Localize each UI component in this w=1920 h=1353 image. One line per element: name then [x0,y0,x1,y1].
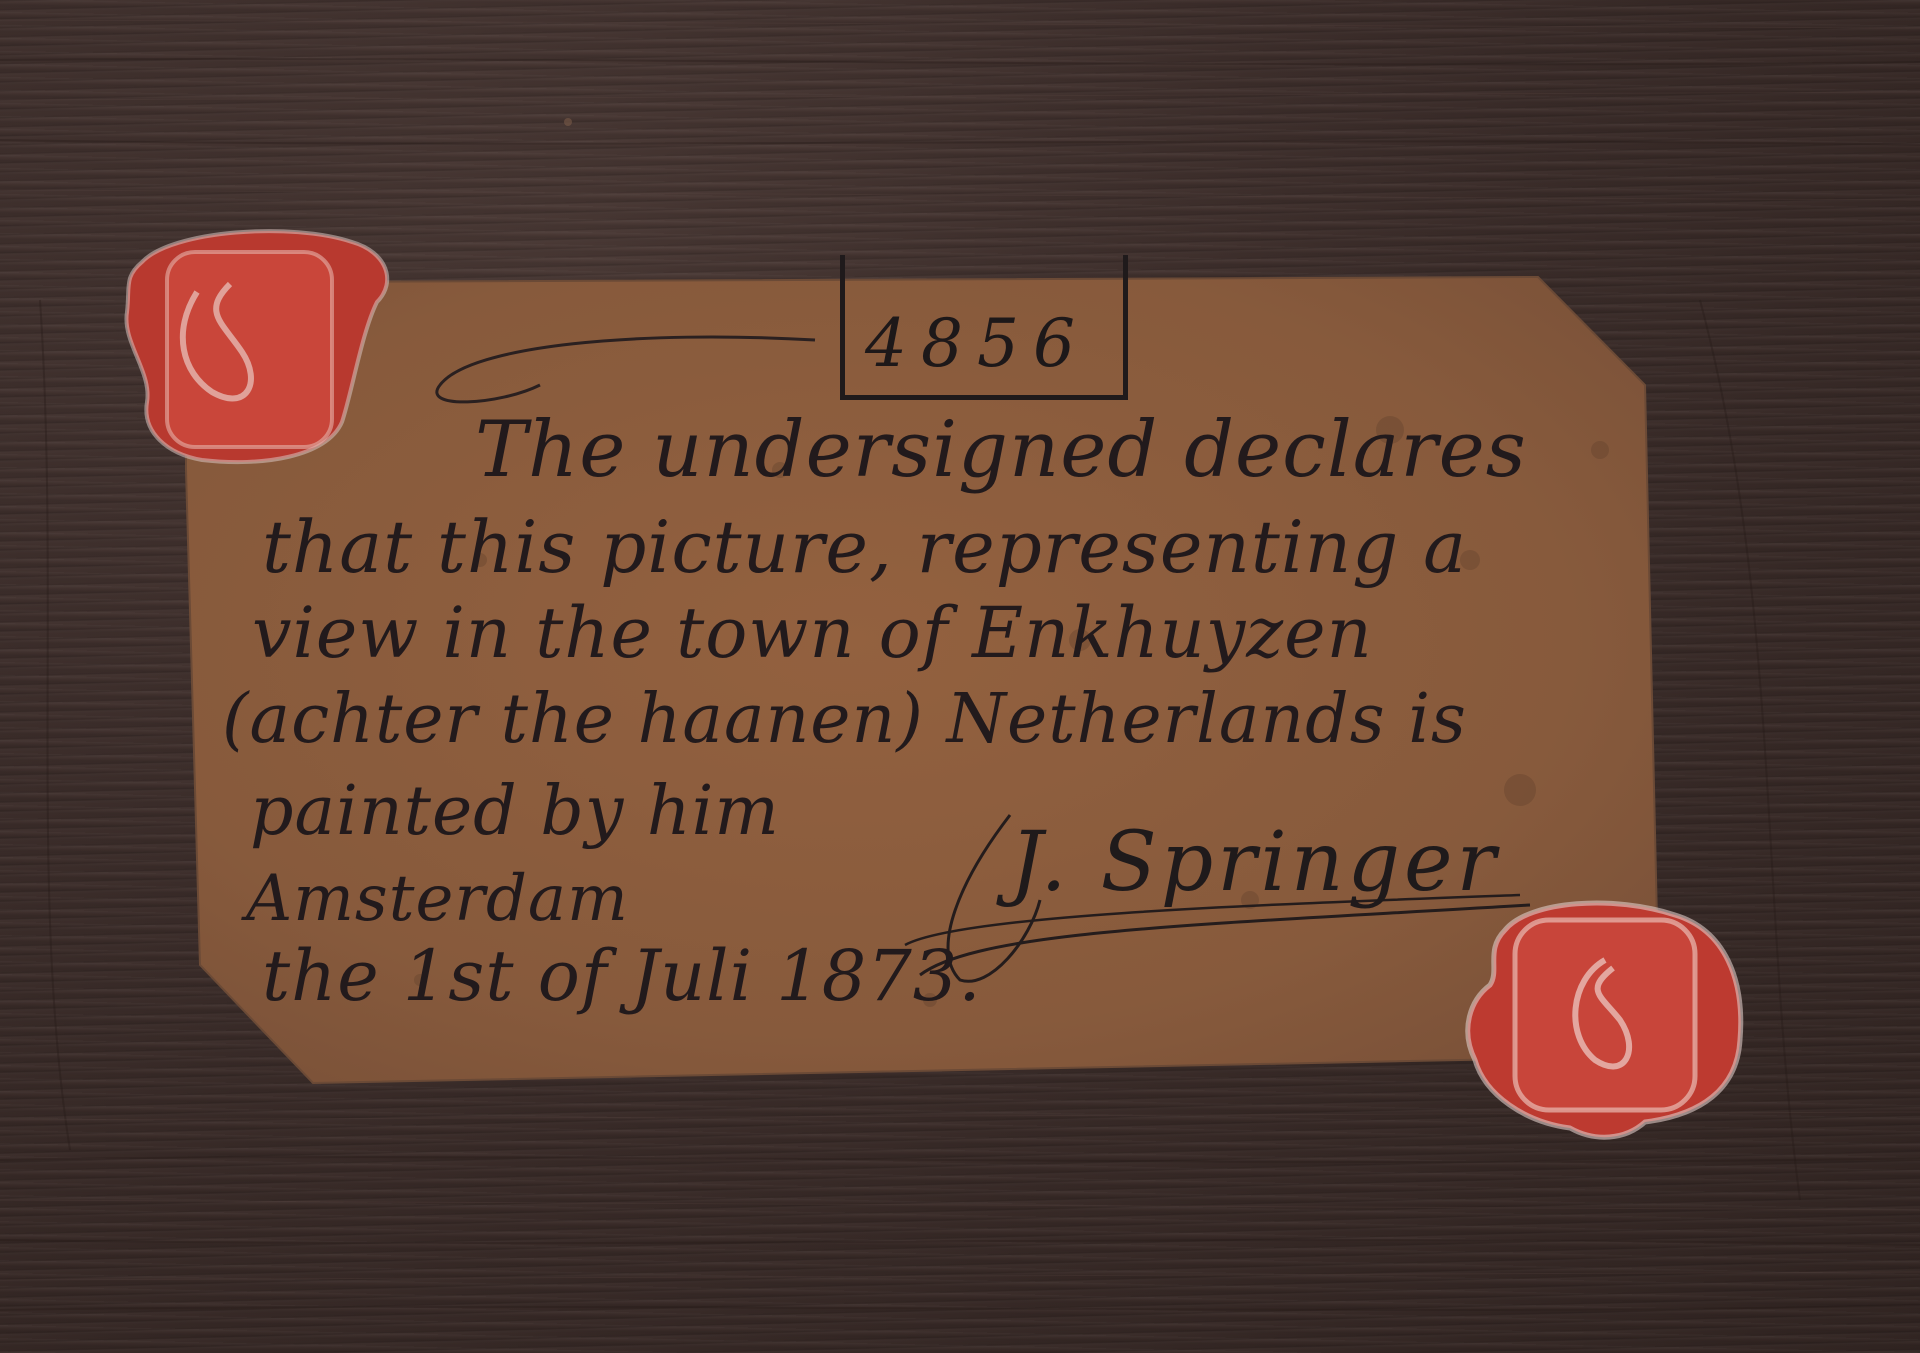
wood-panel-back: 4856 The undersigned declares that this … [0,0,1920,1353]
signature: J. Springer [1010,815,1500,910]
paper-label [0,0,1920,1353]
label-line-5: painted by him [250,772,780,851]
label-line-1: The undersigned declares [475,405,1527,495]
label-line-6: Amsterdam [246,862,629,936]
wax-seal-top-left [112,222,392,474]
label-line-4: (achter the haanen) Netherlands is [222,680,1467,759]
label-line-3: view in the town of Enkhuyzen [252,592,1373,674]
wax-seal-bottom-right [1455,890,1745,1145]
label-line-7: the 1st of Juli 1873. [262,935,982,1017]
label-line-2: that this picture, representing a [262,505,1467,589]
inventory-number: 4856 [865,305,1089,382]
